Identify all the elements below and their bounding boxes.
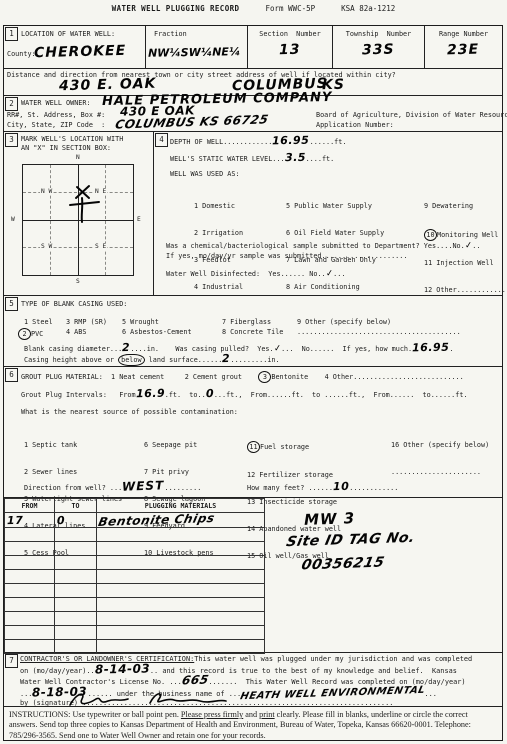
scanned-form-page: WATER WELL PLUGGING RECORD Form WWC-5P K… [0, 0, 507, 744]
to-value: 0 [57, 513, 65, 526]
casing-option[interactable]: 1 Steel [24, 318, 53, 327]
address-label: RR#, St. Address, Box #: [7, 111, 105, 120]
plugging-materials-table: FROM TO PLUGGING MATERIALS 17 0 Bentonit… [4, 498, 265, 654]
circled-2[interactable]: 2 [18, 328, 31, 340]
table-row [5, 542, 265, 556]
plugging-table-row: FROM TO PLUGGING MATERIALS 17 0 Bentonit… [4, 498, 502, 653]
direction-line: Direction from well? ...WEST......... [24, 482, 201, 493]
section-number-label: Section Number [248, 30, 332, 39]
fraction-label: Fraction [154, 30, 187, 39]
section1-title: LOCATION OF WATER WELL: [21, 30, 115, 39]
note-site-id-label: Site ID TAG No. [285, 530, 417, 550]
contamination-question: What is the nearest source of possible c… [21, 408, 238, 417]
note-well-id: MW 3 [304, 509, 356, 529]
form-header: WATER WELL PLUGGING RECORD Form WWC-5P K… [0, 4, 507, 13]
section2-owner-row: 2 WATER WELL OWNER: HALE PETROLEUM COMPA… [4, 96, 502, 132]
casing-option[interactable]: 9 Other (specify below) [297, 318, 391, 327]
table-row [5, 612, 265, 626]
compass-s-label: S [75, 278, 81, 285]
use-option[interactable]: 12 Other.................... [424, 286, 507, 295]
range-cell: Range Number 23E [424, 26, 502, 68]
certification-text: CONTRACTOR'S OR LANDOWNER'S CERTIFICATIO… [20, 655, 502, 728]
casing-diameter-line: Blank casing diameter...2....in. Was cas… [24, 343, 454, 354]
county-field[interactable]: CHEROKEE [34, 43, 127, 61]
casing-option[interactable]: 3 RMP (SR) [66, 318, 107, 327]
section1-location-row: 1 LOCATION OF WATER WELL: County: CHEROK… [4, 26, 502, 69]
grout-option-selected[interactable]: Bentonite [271, 373, 308, 381]
circled-10[interactable]: 10 [424, 229, 437, 241]
use-option[interactable]: 1 Domestic [194, 202, 243, 211]
section2-number: 2 [5, 97, 18, 111]
section-grid[interactable]: N W N E S W S E [22, 164, 134, 276]
static-level-field[interactable]: 3.5 [285, 153, 306, 162]
table-row [5, 640, 265, 654]
disinfected-no-checkmark[interactable]: ✓ [325, 270, 333, 280]
casing-option[interactable]: 6 Asbestos-Cement [122, 328, 192, 337]
circled-11[interactable]: 11 [247, 441, 260, 453]
use-option[interactable]: 11 Injection Well [424, 259, 507, 268]
fraction-cell: Fraction NW¼SW¼NE¼ [145, 26, 247, 68]
feet-field[interactable]: 10 [333, 482, 349, 491]
casing-option[interactable]: 5 Wrought [122, 318, 159, 327]
table-row [5, 598, 265, 612]
section3-cell: 3 MARK WELL'S LOCATION WITH AN "X" IN SE… [4, 132, 154, 295]
casing-option[interactable]: 8 Concrete Tile [222, 328, 283, 337]
table-row [5, 626, 265, 640]
from-value: 17 [7, 513, 24, 526]
compass-se-label: S E [94, 243, 107, 250]
section-number-cell: Section Number 13 [247, 26, 332, 68]
compass-n-label: N [75, 154, 81, 161]
form-title: WATER WELL PLUGGING RECORD [112, 4, 240, 13]
materials-header: PLUGGING MATERIALS [97, 499, 265, 513]
board-label: Board of Agriculture, Division of Water … [316, 111, 507, 120]
grout-intervals-line: Grout Plug Intervals: From16.9.ft. to..0… [21, 389, 468, 400]
used-as-title: WELL WAS USED AS: [170, 170, 240, 179]
compass-ne-label: N E [94, 188, 107, 195]
grout-material-line: GROUT PLUG MATERIAL: 1 Neat cement 2 Cem… [21, 371, 464, 383]
grout-option[interactable]: 2 Cement grout [185, 373, 242, 381]
street-field[interactable]: 430 E. OAK [59, 76, 157, 95]
section6-number: 6 [5, 368, 18, 382]
sample-date-line: If yes, mo/day/yr sample was submitted..… [166, 252, 407, 261]
compass-sw-label: S W [40, 243, 53, 250]
other-contamination-dots: ...................... [391, 468, 489, 477]
casing-height-field[interactable]: 2 [222, 354, 230, 363]
contamination-option[interactable]: 1 Septic tank [24, 441, 122, 450]
table-header-row: FROM TO PLUGGING MATERIALS [5, 499, 265, 513]
section1-number: 1 [5, 27, 18, 41]
section5-title: TYPE OF BLANK CASING USED: [21, 300, 127, 309]
contamination-option[interactable]: 7 Pit privy [144, 468, 214, 477]
circled-3[interactable]: 3 [258, 371, 271, 383]
contamination-option[interactable]: 12 Fertilizer storage [247, 471, 341, 480]
section3-4-row: 3 MARK WELL'S LOCATION WITH AN "X" IN SE… [4, 132, 502, 296]
section1-county-cell: 1 LOCATION OF WATER WELL: County: CHEROK… [4, 26, 145, 68]
section-number-field[interactable]: 13 [279, 42, 301, 59]
use-option[interactable]: 9 Dewatering [424, 202, 507, 211]
section4-number: 4 [155, 133, 168, 147]
contamination-option[interactable]: 6 Seepage pit [144, 441, 214, 450]
direction-field[interactable]: WEST [122, 481, 165, 491]
note-site-id-number: 00356215 [300, 555, 386, 574]
section7-number: 7 [5, 654, 18, 668]
use-option[interactable]: 5 Public Water Supply [286, 202, 384, 211]
range-field[interactable]: 23E [447, 42, 479, 59]
interval-to-field[interactable]: 0 [206, 389, 214, 398]
table-row [5, 570, 265, 584]
contamination-option-selected[interactable]: 11Fuel storage [247, 441, 341, 453]
casing-pulled-yes-checkmark[interactable]: ✓ [273, 345, 281, 355]
interval-from-field[interactable]: 16.9 [136, 389, 165, 399]
contamination-column-4: 16 Other (specify below) ...............… [391, 423, 489, 495]
section5-number: 5 [5, 297, 18, 311]
plugged-date-field[interactable]: 8-14-03 [95, 664, 150, 675]
grout-option[interactable]: 1 Neat cement [111, 373, 164, 381]
form-number: Form WWC-5P [265, 4, 315, 13]
casing-pulled-amount-field[interactable]: 16.95 [412, 343, 449, 353]
use-option[interactable]: 6 Oil Field Water Supply [286, 229, 384, 238]
table-row [5, 528, 265, 542]
county-label: County: [7, 50, 36, 59]
grout-option[interactable]: 4 Other........................... [325, 373, 464, 381]
well-location-x-mark [23, 165, 133, 275]
table-row: 17 0 Bentonite Chips [5, 513, 265, 528]
depth-of-well-line: DEPTH OF WELL............16.95......ft. [170, 136, 346, 147]
township-field[interactable]: 33S [362, 42, 395, 59]
compass-w-label: W [10, 216, 16, 223]
use-option[interactable]: 4 Industrial [194, 283, 243, 292]
casing-option[interactable]: 7 Fiberglass [222, 318, 271, 327]
application-number-label: Application Number: [316, 121, 394, 130]
owner-label: WATER WELL OWNER: [21, 99, 91, 108]
circled-below[interactable]: below [118, 354, 144, 366]
other-casing-dots: ........................................ [297, 328, 461, 337]
section7-certification-row: 7 CONTRACTOR'S OR LANDOWNER'S CERTIFICAT… [4, 653, 502, 707]
sample-question-line: Was a chemical/bacteriological sample su… [166, 242, 480, 251]
use-option[interactable]: 8 Air Conditioning [286, 283, 384, 292]
from-header: FROM [5, 499, 55, 513]
casing-diameter-field[interactable]: 2 [122, 343, 130, 352]
use-option[interactable]: 2 Irrigation [194, 229, 243, 238]
material-value: Bentonite Chips [97, 511, 216, 529]
table-row [5, 584, 265, 598]
township-cell: Township Number 33S [332, 26, 424, 68]
section3-title-1: MARK WELL'S LOCATION WITH [21, 135, 123, 144]
sample-no-checkmark[interactable]: ✓ [464, 242, 472, 252]
section6-grout-row: 6 GROUT PLUG MATERIAL: 1 Neat cement 2 C… [4, 367, 502, 498]
casing-option-selected[interactable]: 2PVC [18, 328, 43, 340]
casing-option[interactable]: 4 ABS [66, 328, 86, 337]
license-number-field[interactable]: 665 [181, 676, 210, 687]
compass-nw-label: N W [40, 188, 53, 195]
range-label: Range Number [425, 30, 502, 39]
table-row [5, 556, 265, 570]
static-level-line: WELL'S STATIC WATER LEVEL...3.5....ft. [170, 153, 334, 164]
casing-height-line: Casing height above or below land surfac… [24, 354, 280, 366]
depth-field[interactable]: 16.95 [272, 136, 309, 146]
form-statute: KSA 82a-1212 [341, 4, 395, 13]
use-option-selected[interactable]: 10Monitoring Well [424, 229, 507, 241]
township-label: Township Number [333, 30, 424, 39]
signature-scribble[interactable] [62, 689, 232, 711]
section3-title-2: AN "X" IN SECTION BOX: [21, 144, 111, 153]
city-state-zip-label: City, State, ZIP Code : [7, 121, 105, 130]
feet-line: How many feet? ......10............ [247, 482, 398, 493]
to-header: TO [55, 499, 97, 513]
section4-cell: 4 DEPTH OF WELL............16.95......ft… [154, 132, 502, 295]
contamination-option[interactable]: 2 Sewer lines [24, 468, 122, 477]
fraction-field[interactable]: NW¼SW¼NE¼ [148, 45, 240, 60]
section5-casing-row: 5 TYPE OF BLANK CASING USED: 1 Steel 3 R… [4, 296, 502, 367]
form-body: 1 LOCATION OF WATER WELL: County: CHEROK… [3, 25, 503, 741]
disinfected-line: Water Well Disinfected: Yes...... No..✓.… [166, 270, 345, 279]
compass-e-label: E [136, 216, 142, 223]
contamination-option[interactable]: 16 Other (specify below) [391, 441, 489, 450]
section3-number: 3 [5, 133, 18, 147]
